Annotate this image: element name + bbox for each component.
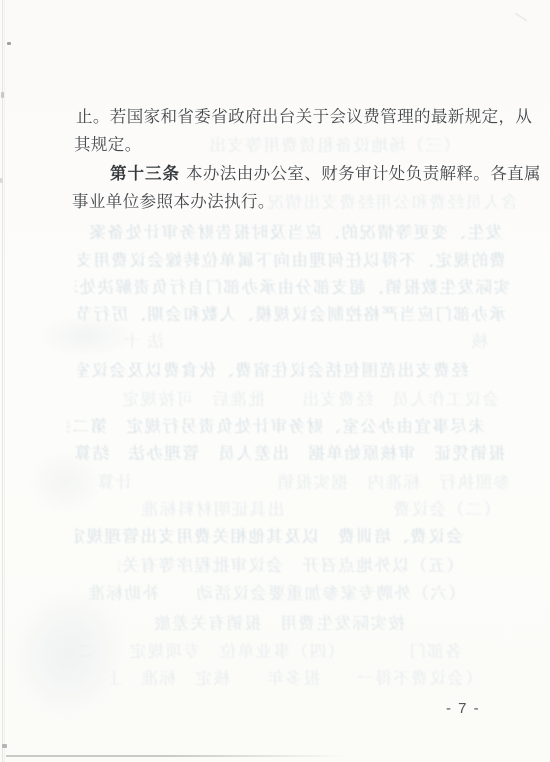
scanned-document-page: （三）场地设备租赁费用等支出 含人员经费和公用经费支出情况 发生、变更等情况的，… [0,0,550,762]
bleed-through-line: 会议工作人员 经费支出 批准后 可按规定 [107,386,517,406]
bleed-through-line: 承办部门应当严格控制会议规模、人数和会期，厉行节约 [78,301,506,321]
body-text-line: 止。若国家和省委省政府出台关于会议费管理的最新规定，从 [76,103,532,127]
scan-edge-bottom-fade [168,755,348,757]
scan-speck [2,744,7,748]
bleed-through-line: 会议费、培训费 以及其他相关费用支出管理规定 [75,523,463,543]
bleed-through-line: （三）场地设备租赁费用等支出 [175,132,460,152]
body-text-line: 事业单位参照本办法执行。 [72,188,275,212]
bleed-through-line: 报销凭证 审核原始单据 出差人员 管理办法 结算 [73,440,505,460]
bleed-through-line: 各部门 （四）事业单位 专项规定 二 [80,638,462,658]
article-number-label: 第十三条 [110,164,180,183]
scan-speck [515,12,528,21]
scan-speck [1,92,4,98]
scan-edge-left-highlight [4,0,5,762]
bleed-through-line: 经费支出范围包括会议住宿费、伙食费以及会议室租金 [78,357,468,377]
bleed-through-line: 按实际发生费用 报销有关差旅费用 [155,610,513,630]
bleed-through-line: （二）会议费 出具证明材料标准 [110,496,510,516]
body-text-line: 其规定。 [74,131,142,155]
bleed-through-line: 含人员经费和公用经费支出情况 [250,189,518,209]
bleed-through-line: 实际发生数报销，超支部分由承办部门自行负责解决处理 [75,274,510,294]
bleed-through-line: 参照执行 标准内 据实报销 计算 [75,469,510,489]
article-text: 本办法由办公室、财务审计处负责解释。各直属 [186,164,541,183]
bleed-through-line: 费的规定，不得以任何理由向下属单位转嫁会议费用支出 [78,247,506,267]
bleed-through-line: 发生、变更等情况的，应当及时报告财务审计处备案 [78,219,502,239]
bleed-through-line: 未尽事宜由办公室、财务审计处负责另行规定 第二条 [67,413,485,433]
bleed-through-line: 核 法 十 [78,328,488,348]
bleed-through-line: （六）外聘专家参加重要会议活动 补助标准 [80,580,465,600]
scan-edge-bottom [6,755,168,757]
bleed-through-line: （会议费不得一 报多年 核定 标准 上限） [110,665,482,685]
body-text-line: 第十三条本办法由办公室、财务审计处负责解释。各直属 [110,160,541,184]
scan-speck [0,178,3,183]
page-number: - 7 - [446,700,480,717]
scan-speck [7,42,11,45]
scan-edge-left [2,0,3,762]
bleed-through-line: （五）以外地点召开 会议审批程序等有关规定 [118,552,463,572]
